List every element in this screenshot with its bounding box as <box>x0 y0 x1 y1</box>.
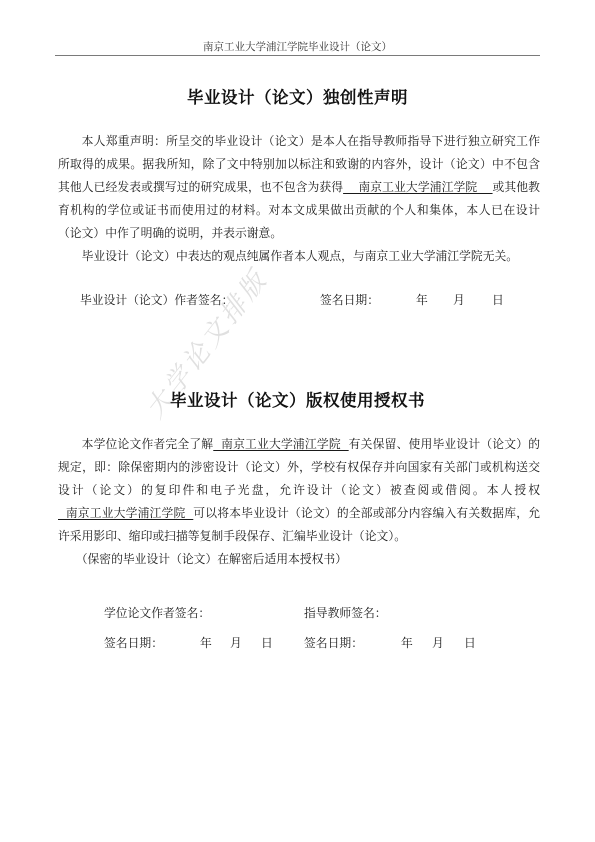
author-year-label: 年 <box>200 635 212 651</box>
authorization-body: 本学位论文作者完全了解 南京工业大学浦江学院 有关保留、使用毕业设计（论文）的规… <box>58 433 540 571</box>
author-day-label: 日 <box>261 635 273 651</box>
declaration-body: 本人郑重声明：所呈交的毕业设计（论文）是本人在指导教师指导下进行独立研究工作所取… <box>58 130 540 268</box>
running-header: 南京工业大学浦江学院毕业设计（论文） <box>55 40 540 54</box>
header-rule <box>55 55 540 56</box>
month-label: 月 <box>453 292 465 308</box>
thesis-author-signature-label: 学位论文作者签名： <box>104 605 210 621</box>
advisor-date-label: 签名日期： <box>304 635 363 651</box>
authorization-title: 毕业设计（论文）版权使用授权书 <box>0 387 595 411</box>
declaration-paragraph-2: 毕业设计（论文）中表达的观点纯属作者本人观点，与南京工业大学浦江学院无关。 <box>58 245 540 268</box>
signature-date-label: 签名日期： <box>320 292 379 308</box>
author-month-label: 月 <box>230 635 242 651</box>
author-signature-label: 毕业设计（论文）作者签名： <box>80 292 233 308</box>
institution-blank: 南京工业大学浦江学院 <box>343 180 492 194</box>
declaration-title: 毕业设计（论文）独创性声明 <box>0 84 595 108</box>
declaration-paragraph-1: 本人郑重声明：所呈交的毕业设计（论文）是本人在指导教师指导下进行独立研究工作所取… <box>58 130 540 245</box>
advisor-year-label: 年 <box>401 635 413 651</box>
institution-blank-2: 南京工业大学浦江学院 <box>58 506 193 520</box>
confidentiality-note: （保密的毕业设计（论文）在解密后适用本授权书） <box>58 548 540 571</box>
year-label: 年 <box>416 292 428 308</box>
day-label: 日 <box>492 292 504 308</box>
advisor-month-label: 月 <box>432 635 444 651</box>
advisor-signature-label: 指导教师签名： <box>304 605 387 621</box>
author-date-label: 签名日期： <box>104 635 163 651</box>
institution-blank-1: 南京工业大学浦江学院 <box>213 437 348 451</box>
advisor-day-label: 日 <box>464 635 476 651</box>
authorization-text-1: 本学位论文作者完全了解 <box>82 437 214 451</box>
authorization-paragraph-1: 本学位论文作者完全了解 南京工业大学浦江学院 有关保留、使用毕业设计（论文）的规… <box>58 433 540 548</box>
